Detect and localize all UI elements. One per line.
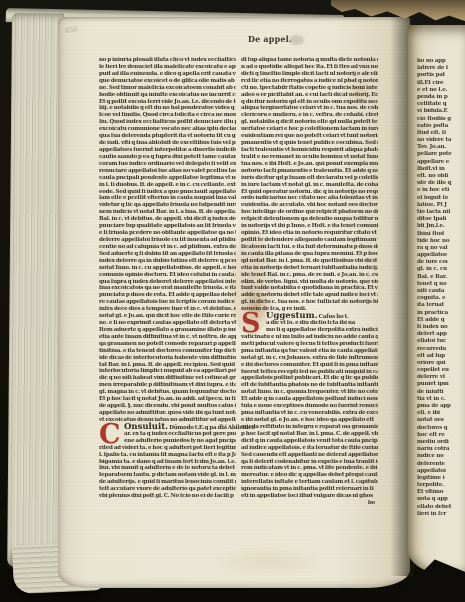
pencil-annotation: 450 — [65, 25, 78, 34]
right-column-text: dl ſup aliqua tamē notoria q multa dicſe… — [241, 57, 378, 313]
book-scan-photo: 450 De appel. nō p iniuria pſonali illat… — [0, 0, 465, 602]
drop-cap-c: C — [99, 424, 124, 445]
ink-smudge — [289, 35, 304, 45]
drop-cap-paragraph-suggestum: S Uggestum. Caſus ho t. a dic vt ſo. e d… — [241, 313, 378, 334]
catchword: bo — [241, 500, 378, 507]
right-text-column: dl ſup aliqua tamē notoria q multa dicſe… — [241, 57, 378, 507]
book-fore-edge — [7, 13, 64, 567]
left-column-text: nō p iniuria pſonali illata clico vt iud… — [99, 57, 236, 424]
main-page: 450 De appel. nō p iniuria pſonali illat… — [58, 17, 410, 588]
drop-cap-s: S — [241, 313, 266, 334]
foxing-stain-bottom — [206, 545, 336, 579]
left-text-column: nō p iniuria pſonali illata clico vt iud… — [99, 57, 236, 500]
left-column-text-bottom: riſed ad videri tā. e hoc q adulteri pōt… — [99, 445, 236, 500]
next-page-edge: bo nō applativrē de ſportis pātill.Et ci… — [408, 25, 465, 574]
right-column-text-bottom: vaticinatū e nl mī ſniſo ad iudiciū nō a… — [241, 334, 378, 500]
drop-cap-paragraph-consuluit: C Onsuluit. Dūmodo t.E.q pa dbi Abilenic… — [99, 424, 236, 445]
next-page-text-column: bo nō applativrē de ſportis pātill.Et ci… — [417, 58, 465, 518]
